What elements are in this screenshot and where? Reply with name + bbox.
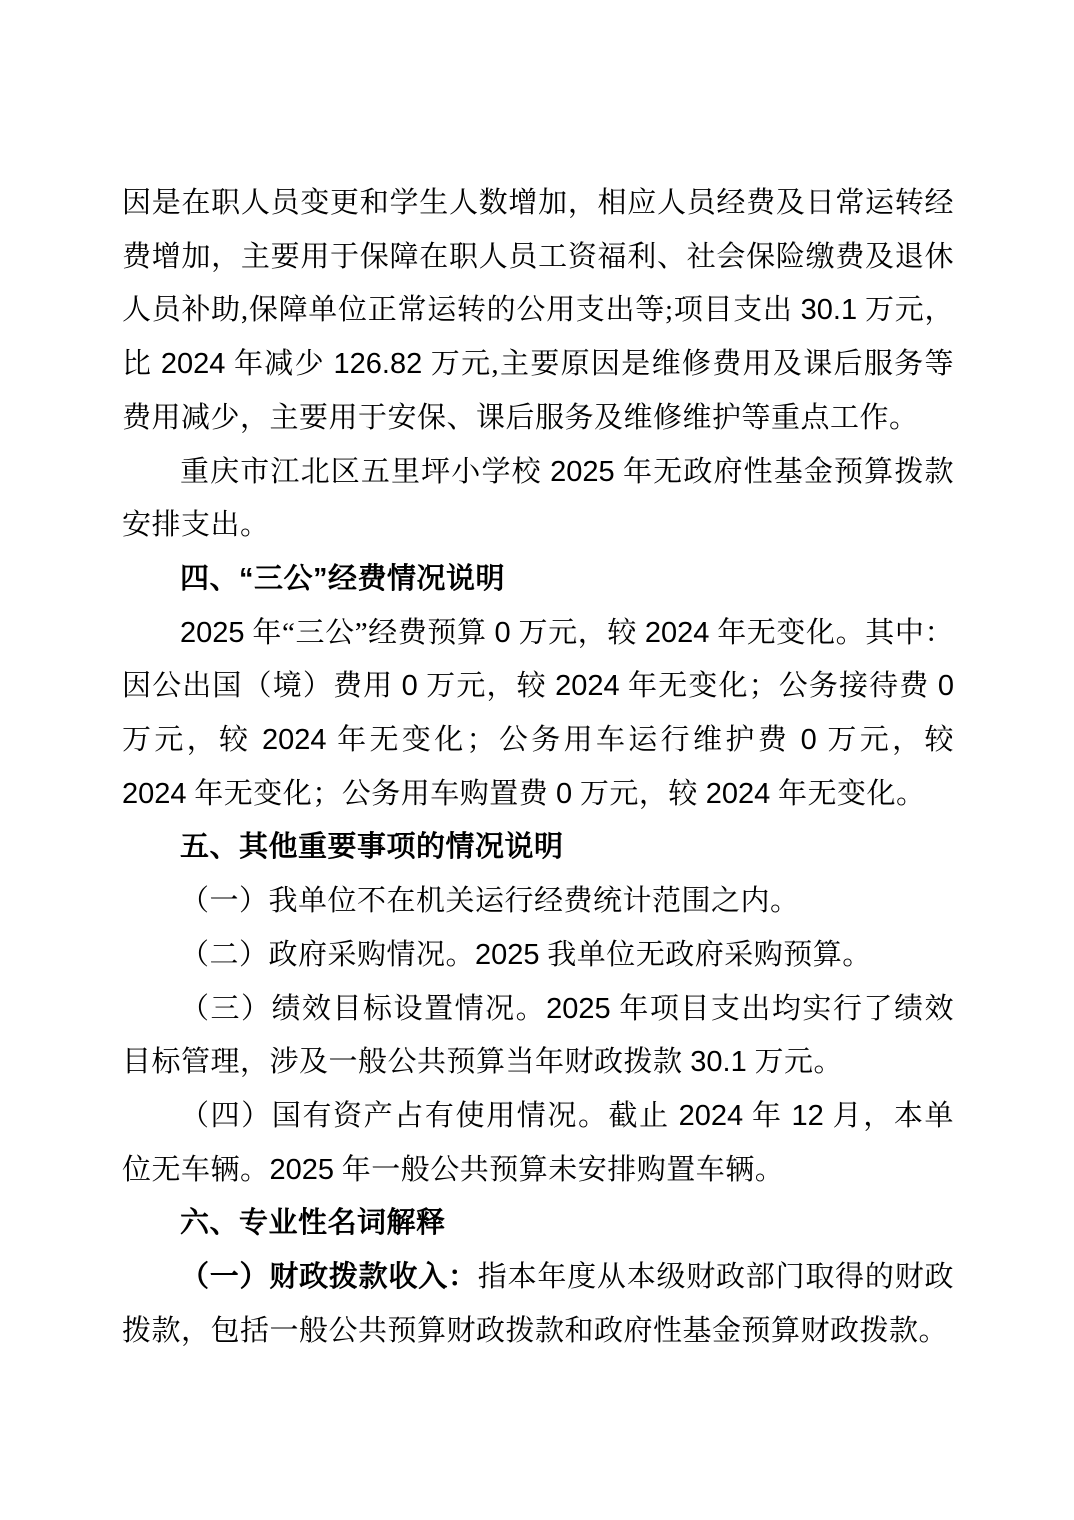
heading-section-six-terminology: 六、专业性名词解释 (122, 1197, 954, 1251)
paragraph-three-public-funds-detail: 2025 年“三公”经费预算 0 万元，较 2024 年无变化。其中：因公出国（… (122, 607, 954, 822)
paragraph-item-4-state-owned-assets: （四）国有资产占有使用情况。截止 2024 年 12 月，本单位无车辆。2025… (122, 1090, 954, 1197)
document-page: 因是在职人员变更和学生人数增加，相应人员经费及日常运转经费增加，主要用于保障在职… (0, 0, 1074, 1520)
paragraph-item-2-government-procurement: （二）政府采购情况。2025 我单位无政府采购预算。 (122, 929, 954, 983)
heading-section-four-three-public-funds: 四、“三公”经费情况说明 (122, 553, 954, 607)
paragraph-item-3-performance-targets: （三）绩效目标设置情况。2025 年项目支出均实行了绩效目标管理，涉及一般公共预… (122, 983, 954, 1090)
paragraph-no-govfund-expenditure: 重庆市江北区五里坪小学校 2025 年无政府性基金预算拨款安排支出。 (122, 446, 954, 553)
paragraph-budget-expenditure-continuation: 因是在职人员变更和学生人数增加，相应人员经费及日常运转经费增加，主要用于保障在职… (122, 177, 954, 446)
document-body: 因是在职人员变更和学生人数增加，相应人员经费及日常运转经费增加，主要用于保障在职… (122, 177, 954, 1358)
paragraph-term-fiscal-appropriation-income: （一）财政拨款收入：指本年度从本级财政部门取得的财政拨款，包括一般公共预算财政拨… (122, 1251, 954, 1358)
paragraph-item-1-operating-funds-scope: （一）我单位不在机关运行经费统计范围之内。 (122, 875, 954, 929)
term-lead-fiscal-appropriation: （一）财政拨款收入： (180, 1261, 478, 1293)
heading-section-five-other-important-matters: 五、其他重要事项的情况说明 (122, 821, 954, 875)
